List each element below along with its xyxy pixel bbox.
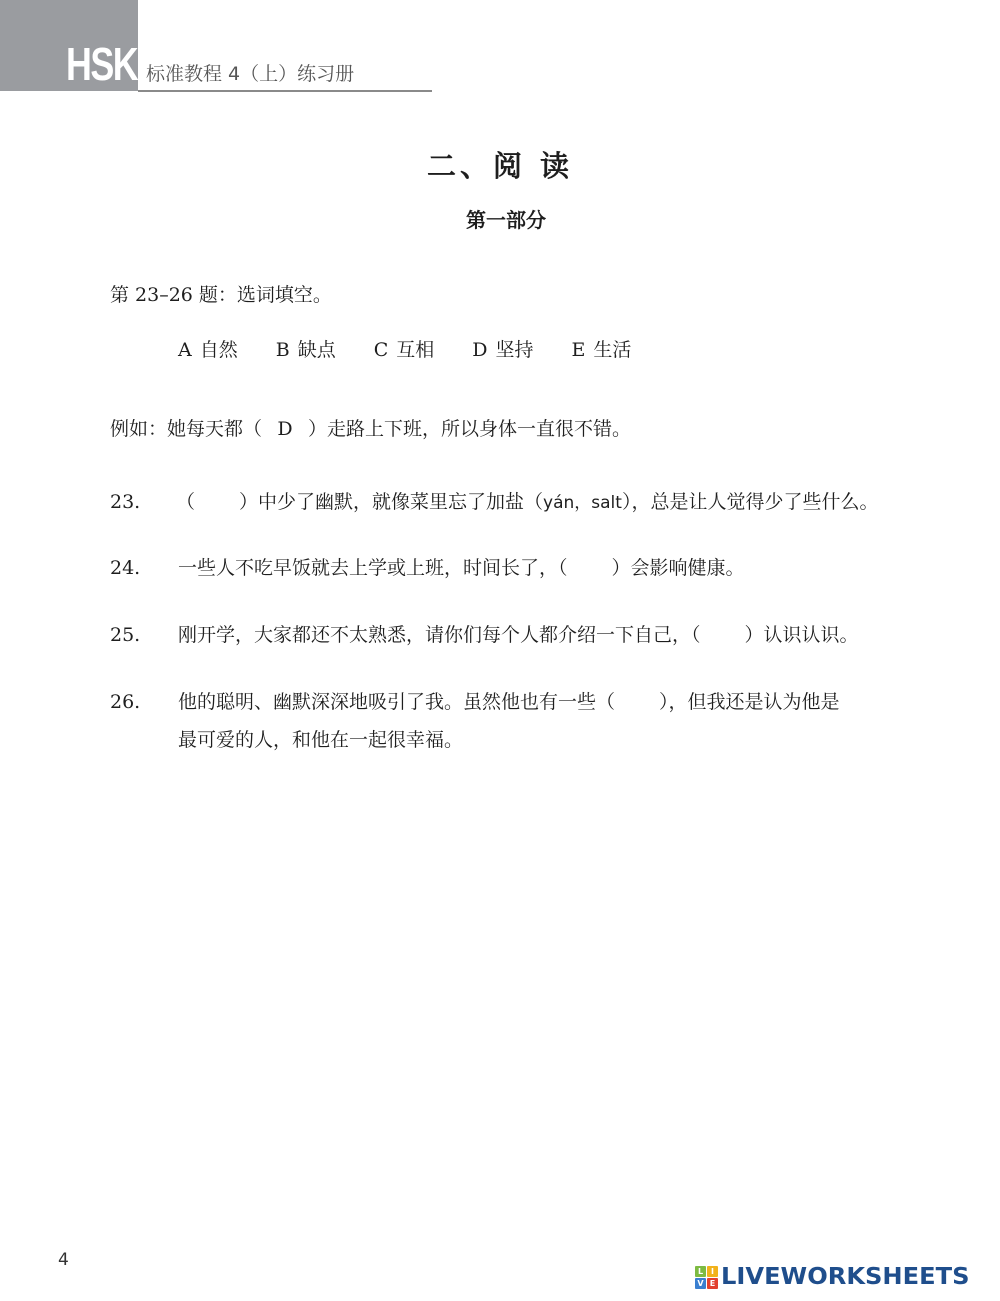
header-divider [138, 90, 432, 92]
question-text: （）中少了幽默，就像菜里忘了加盐（yán，salt），总是让人觉得少了些什么。 [176, 489, 878, 516]
option-b: B 缺点 [276, 337, 336, 363]
question-text: 一些人不吃早饭就去上学或上班，时间长了，（）会影响健康。 [178, 555, 745, 581]
question-text-after: ）中少了幽默，就像菜里忘了加盐（ [239, 491, 543, 513]
question-number: 23. [110, 489, 170, 515]
question-text-before: 一些人不吃早饭就去上学或上班，时间长了，（ [178, 557, 568, 579]
logo-tile: I [707, 1266, 718, 1277]
question-number: 26. [110, 689, 170, 715]
option-letter: D [472, 337, 487, 363]
option-d: D 坚持 [472, 337, 533, 363]
example-answer: D [262, 416, 308, 442]
question-text-end: ），总是让人觉得少了些什么。 [622, 491, 879, 513]
example-text-before: 她每天都（ [167, 418, 262, 440]
question-text: 他的聪明、幽默深深地吸引了我。虽然他也有一些（），但我还是认为他是 [178, 689, 840, 715]
option-c: C 互相 [374, 337, 435, 363]
live-logo-icon: L I V E [695, 1266, 718, 1289]
pinyin-note: yán，salt [543, 493, 622, 513]
logo-tile: V [695, 1278, 706, 1289]
question-text-before: （ [176, 491, 195, 513]
example-label: 例如： [110, 418, 167, 440]
question-text: 刚开学，大家都还不太熟悉，请你们每个人都介绍一下自己，（）认识认识。 [178, 622, 859, 648]
logo-tile: E [707, 1278, 718, 1289]
option-e: E 生活 [572, 337, 632, 363]
brand-name: LIVEWORKSHEETS [721, 1265, 970, 1289]
question-text-after: ）认识认识。 [745, 624, 859, 646]
option-letter: B [276, 337, 290, 363]
instruction-text: 第 23–26 题：选词填空。 [110, 282, 332, 308]
header-book-title: 标准教程 4（上）练习册 [146, 62, 354, 86]
option-word: 坚持 [496, 337, 534, 363]
part-title: 第一部分 [0, 206, 1000, 234]
option-a: A 自然 [178, 337, 238, 363]
question-text-before: 他的聪明、幽默深深地吸引了我。虽然他也有一些（ [178, 691, 615, 713]
question-text-after: ）会影响健康。 [612, 557, 745, 579]
option-letter: A [178, 337, 192, 363]
question-text-after: ），但我还是认为他是 [659, 691, 840, 713]
word-options: A 自然 B 缺点 C 互相 D 坚持 E 生活 [178, 337, 669, 363]
logo-tile: L [695, 1266, 706, 1277]
question-text-before: 刚开学，大家都还不太熟悉，请你们每个人都介绍一下自己，（ [178, 624, 701, 646]
example-text-after: ）走路上下班，所以身体一直很不错。 [308, 418, 631, 440]
question-text-line2: 最可爱的人，和他在一起很幸福。 [178, 727, 463, 753]
option-word: 缺点 [298, 337, 336, 363]
page-number: 4 [58, 1250, 69, 1270]
section-title: 二、阅 读 [0, 148, 1000, 184]
question-number: 24. [110, 555, 170, 581]
option-word: 生活 [593, 337, 631, 363]
option-letter: C [374, 337, 389, 363]
question-number: 25. [110, 622, 170, 648]
example-sentence: 例如：她每天都（D）走路上下班，所以身体一直很不错。 [110, 416, 631, 442]
option-word: 互相 [396, 337, 434, 363]
option-word: 自然 [200, 337, 238, 363]
option-letter: E [572, 337, 586, 363]
liveworksheets-brand[interactable]: L I V E LIVEWORKSHEETS [695, 1265, 958, 1289]
header-brand: HSK [66, 40, 137, 88]
